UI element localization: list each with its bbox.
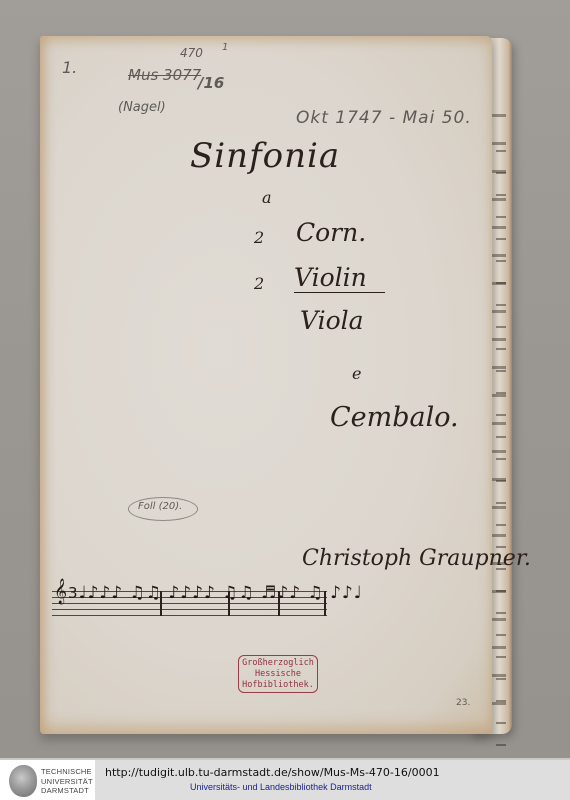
instrument-viola: Viola [300, 306, 364, 335]
logo-line: UNIVERSITÄT [41, 777, 93, 787]
page-edge-marks-inner [496, 140, 506, 760]
pencil-number: 1. [62, 58, 77, 77]
instrument-violin: Violin [294, 264, 385, 293]
pencil-shelfmark: Mus 3077 [128, 66, 201, 84]
logo-line: DARMSTADT [41, 786, 93, 796]
title-a: a [262, 188, 272, 207]
athena-head-icon [9, 765, 37, 797]
pencil-small-mark: 1 [222, 42, 228, 53]
permalink-url[interactable]: http://tudigit.ulb.tu-darmstadt.de/show/… [105, 766, 440, 779]
manuscript-page: 1. Mus 3077 470 /16 1 (Nagel) Okt 1747 -… [40, 36, 492, 734]
instrument-corni: Corn. [296, 218, 366, 247]
note-glyphs: ♩♪♪♪ ♫♫ ♪♪♪♪ ♫♫ ♬♪♪ ♫ ♪♪♩ [79, 583, 363, 603]
pencil-shelfmark-correction: 470 [180, 46, 203, 60]
conjunction-e: e [352, 364, 361, 383]
scan-area: 1. Mus 3077 470 /16 1 (Nagel) Okt 1747 -… [0, 0, 570, 758]
library-stamp: Großherzoglich Hessische Hofbibliothek. [238, 655, 318, 693]
pencil-page-number: 23. [456, 698, 470, 708]
clef-icon: 𝄞 [54, 579, 68, 604]
composer-signature: Christoph Graupner. [302, 546, 531, 571]
time-signature: 3 [68, 584, 79, 602]
stamp-line: Hessische [239, 669, 317, 680]
count-violin: 2 [254, 274, 264, 293]
logo-text: TECHNISCHE UNIVERSITÄT DARMSTADT [41, 767, 93, 796]
pencil-date-range: Okt 1747 - Mai 50. [296, 108, 472, 128]
logo-line: TECHNISCHE [41, 767, 93, 777]
pencil-folio-count: Foll (20). [138, 501, 182, 512]
incipit-notes: 𝄞3♩♪♪♪ ♫♫ ♪♪♪♪ ♫♫ ♬♪♪ ♫ ♪♪♩ [54, 579, 363, 604]
stamp-line: Hofbibliothek. [239, 680, 317, 691]
footer-bar: TECHNISCHE UNIVERSITÄT DARMSTADT http://… [0, 758, 570, 800]
pencil-shelfmark-suffix: /16 [198, 74, 224, 92]
library-name: Universitäts- und Landesbibliothek Darms… [190, 782, 372, 792]
title: Sinfonia [190, 136, 340, 176]
tu-darmstadt-logo: TECHNISCHE UNIVERSITÄT DARMSTADT [0, 760, 95, 800]
count-corni: 2 [254, 228, 264, 247]
stamp-line: Großherzoglich [239, 658, 317, 669]
pencil-provenance: (Nagel) [118, 100, 166, 115]
instrument-cembalo: Cembalo. [330, 402, 459, 433]
